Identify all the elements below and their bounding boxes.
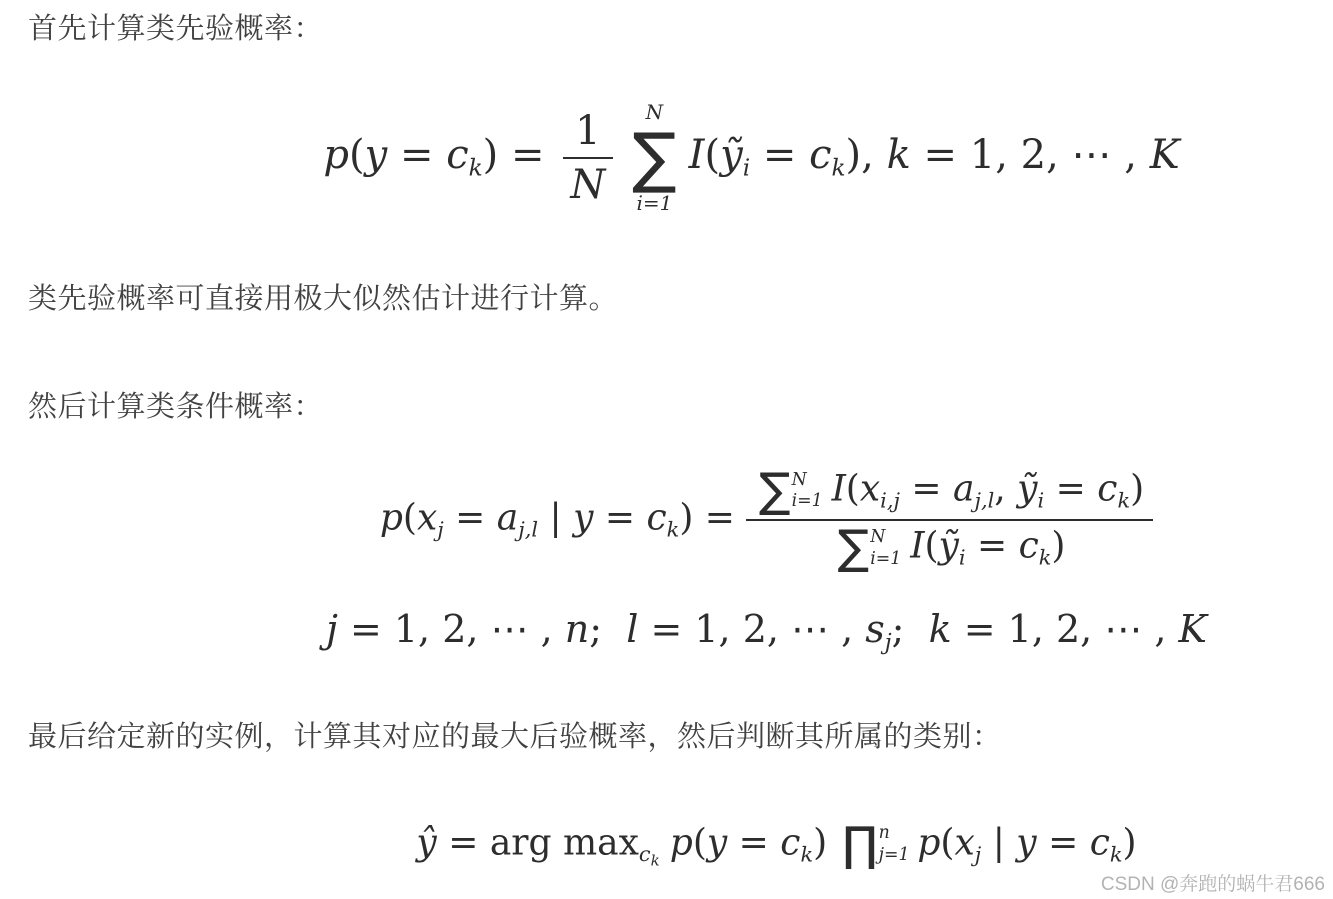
math-operator: ∑Ni=1 [838, 525, 902, 572]
paragraph-conditional-intro: 然后计算类条件概率： [28, 389, 323, 425]
math-denominator: ∑Ni=1I(ỹi = ck) [746, 519, 1153, 576]
sum-operator-symbol: ∑ [632, 125, 676, 191]
math-var: ỹ [1017, 468, 1037, 509]
math-text: = 1, 2, ⋯ , [952, 607, 1179, 651]
math-var: c [1019, 526, 1039, 567]
math-upper-limit: N [792, 470, 823, 492]
math-subscript: k [831, 155, 845, 182]
operator-symbol: ∏ [842, 822, 877, 869]
math-var: a [497, 497, 518, 538]
math-text: ) = [679, 497, 746, 538]
math-text: ) = [483, 132, 558, 178]
math-operator: ∑Ni=1 [759, 468, 823, 515]
math-text: = 1, 2, ⋯ , [638, 607, 865, 651]
math-subscript: j [885, 630, 892, 655]
math-var: c [1090, 822, 1110, 863]
math-var: y [707, 822, 727, 863]
formula-class-prior: p(y = ck) = 1NN∑i=1I(ỹi = ck), k = 1, 2,… [0, 70, 1333, 246]
math-var: ŷ [416, 822, 436, 863]
math-var: p [917, 822, 940, 863]
math-var: y [365, 132, 388, 178]
math-text: ; [589, 607, 626, 651]
math-subscript: k [469, 155, 483, 182]
paragraph-posterior-intro: 最后给定新的实例，计算其对应的最大后验概率，然后判断其所属的类别： [28, 719, 1002, 755]
math-text: = arg max [437, 822, 639, 863]
math-text: ( [403, 497, 417, 538]
math-var: I [689, 132, 705, 178]
math-text: = [387, 132, 446, 178]
csdn-watermark: CSDN @奔跑的蜗牛君666 [1101, 869, 1325, 896]
math-limits: nj=1 [879, 823, 910, 866]
math-class-conditional: p(xj = aj,l | y = ck) = ∑Ni=1I(xi,j = aj… [380, 464, 1153, 577]
math-limits: Ni=1 [792, 470, 823, 513]
formula-index-ranges: j = 1, 2, ⋯ , n; l = 1, 2, ⋯ , sj; k = 1… [0, 599, 1333, 665]
math-text: = [727, 822, 780, 863]
math-big-operator: N∑i=1 [632, 100, 676, 216]
math-var: s [865, 607, 885, 651]
math-numerator: 1 [563, 105, 612, 157]
math-subscript: i [743, 155, 750, 182]
math-var: x [417, 497, 437, 538]
math-var: c [1097, 468, 1117, 509]
math-var: ỹ [939, 526, 959, 567]
math-text: = [444, 497, 497, 538]
math-subscript: k [1039, 546, 1052, 570]
math-sub-subscript: k [651, 851, 660, 869]
math-text: = [1037, 822, 1090, 863]
math-var: ỹ [720, 132, 743, 178]
math-subscript: j,l [518, 517, 538, 541]
math-text: ( [349, 132, 365, 178]
math-subscript: j,l [974, 488, 994, 512]
math-subscript: ck [639, 842, 660, 866]
math-lower-limit: i=1 [792, 491, 823, 513]
math-var: I [832, 468, 846, 509]
math-class-prior: p(y = ck) = 1NN∑i=1I(ỹi = ck), k = 1, 2,… [323, 100, 1179, 216]
math-subscript: k [1110, 842, 1123, 866]
math-text: ( [846, 468, 860, 509]
math-subscript: k [800, 842, 813, 866]
math-var: c [446, 132, 468, 178]
math-upper-limit: N [870, 527, 901, 549]
math-text: ; [892, 607, 929, 651]
math-upper-limit: n [879, 823, 910, 845]
formula-class-conditional: p(xj = aj,l | y = ck) = ∑Ni=1I(xi,j = aj… [0, 438, 1333, 602]
math-subscript: k [667, 517, 680, 541]
paragraph-prior-intro: 首先计算类先验概率： [28, 11, 323, 47]
math-text: = [750, 132, 809, 178]
math-text: ) [1123, 822, 1137, 863]
math-text: ( [940, 822, 954, 863]
math-text: ( [693, 822, 707, 863]
math-limits: Ni=1 [870, 527, 901, 570]
math-lower-limit: j=1 [879, 845, 910, 867]
math-var: K [1179, 607, 1207, 651]
math-var: k [887, 132, 911, 178]
math-text: = [966, 526, 1019, 567]
math-subscript: i,j [880, 488, 900, 512]
math-var: a [953, 468, 974, 509]
math-var: c [780, 822, 800, 863]
math-var: K [1150, 132, 1180, 178]
math-lower-limit: i=1 [870, 549, 901, 571]
math-var: p [323, 132, 349, 178]
math-var: x [860, 468, 880, 509]
math-text: ) [813, 822, 839, 863]
math-fraction: ∑Ni=1I(xi,j = aj,l, ỹi = ck)∑Ni=1I(ỹi = … [746, 464, 1153, 577]
math-text: ), [846, 132, 887, 178]
math-numerator: ∑Ni=1I(xi,j = aj,l, ỹi = ck) [746, 464, 1153, 519]
math-text: | [538, 497, 573, 538]
math-var: p [670, 822, 693, 863]
math-operator: ∏nj=1 [842, 822, 909, 869]
math-text: ) [1130, 468, 1144, 509]
math-text: = [900, 468, 953, 509]
math-lower-limit: i=1 [632, 191, 676, 216]
math-text: , [994, 468, 1017, 509]
operator-symbol: ∑ [759, 468, 791, 515]
math-text: = [1044, 468, 1097, 509]
math-map-decision: ŷ = arg maxckp(y = ck) ∏nj=1p(xj | y = c… [416, 822, 1136, 869]
math-text: ( [924, 526, 938, 567]
math-fraction: 1N [563, 105, 612, 211]
math-var: p [380, 497, 403, 538]
math-var: y [1016, 822, 1036, 863]
math-text: = [593, 497, 646, 538]
math-var: x [954, 822, 974, 863]
math-var: y [573, 497, 593, 538]
document-body: { "colors": { "background": "#ffffff", "… [0, 0, 1333, 899]
math-text: ( [704, 132, 720, 178]
math-index-ranges: j = 1, 2, ⋯ , n; l = 1, 2, ⋯ , sj; k = 1… [326, 610, 1207, 654]
math-var: l [626, 607, 638, 651]
math-var: n [565, 607, 589, 651]
math-subscript: i [959, 546, 966, 570]
operator-symbol: ∑ [838, 525, 870, 572]
math-text: | [981, 822, 1016, 863]
math-denominator: N [563, 157, 612, 211]
math-text: = 1, 2, ⋯ , [338, 607, 565, 651]
document-page: 首先计算类先验概率： p(y = ck) = 1NN∑i=1I(ỹi = ck)… [0, 0, 1333, 899]
paragraph-mle-note: 类先验概率可直接用极大似然估计进行计算。 [28, 281, 618, 317]
math-var: c [809, 132, 831, 178]
math-var: j [326, 607, 338, 651]
math-var: I [910, 526, 924, 567]
math-var: c [646, 497, 666, 538]
math-subscript: k [1117, 488, 1130, 512]
math-text: = 1, 2, ⋯ , [911, 132, 1150, 178]
math-text: ) [1051, 526, 1065, 567]
math-var: k [929, 607, 952, 651]
